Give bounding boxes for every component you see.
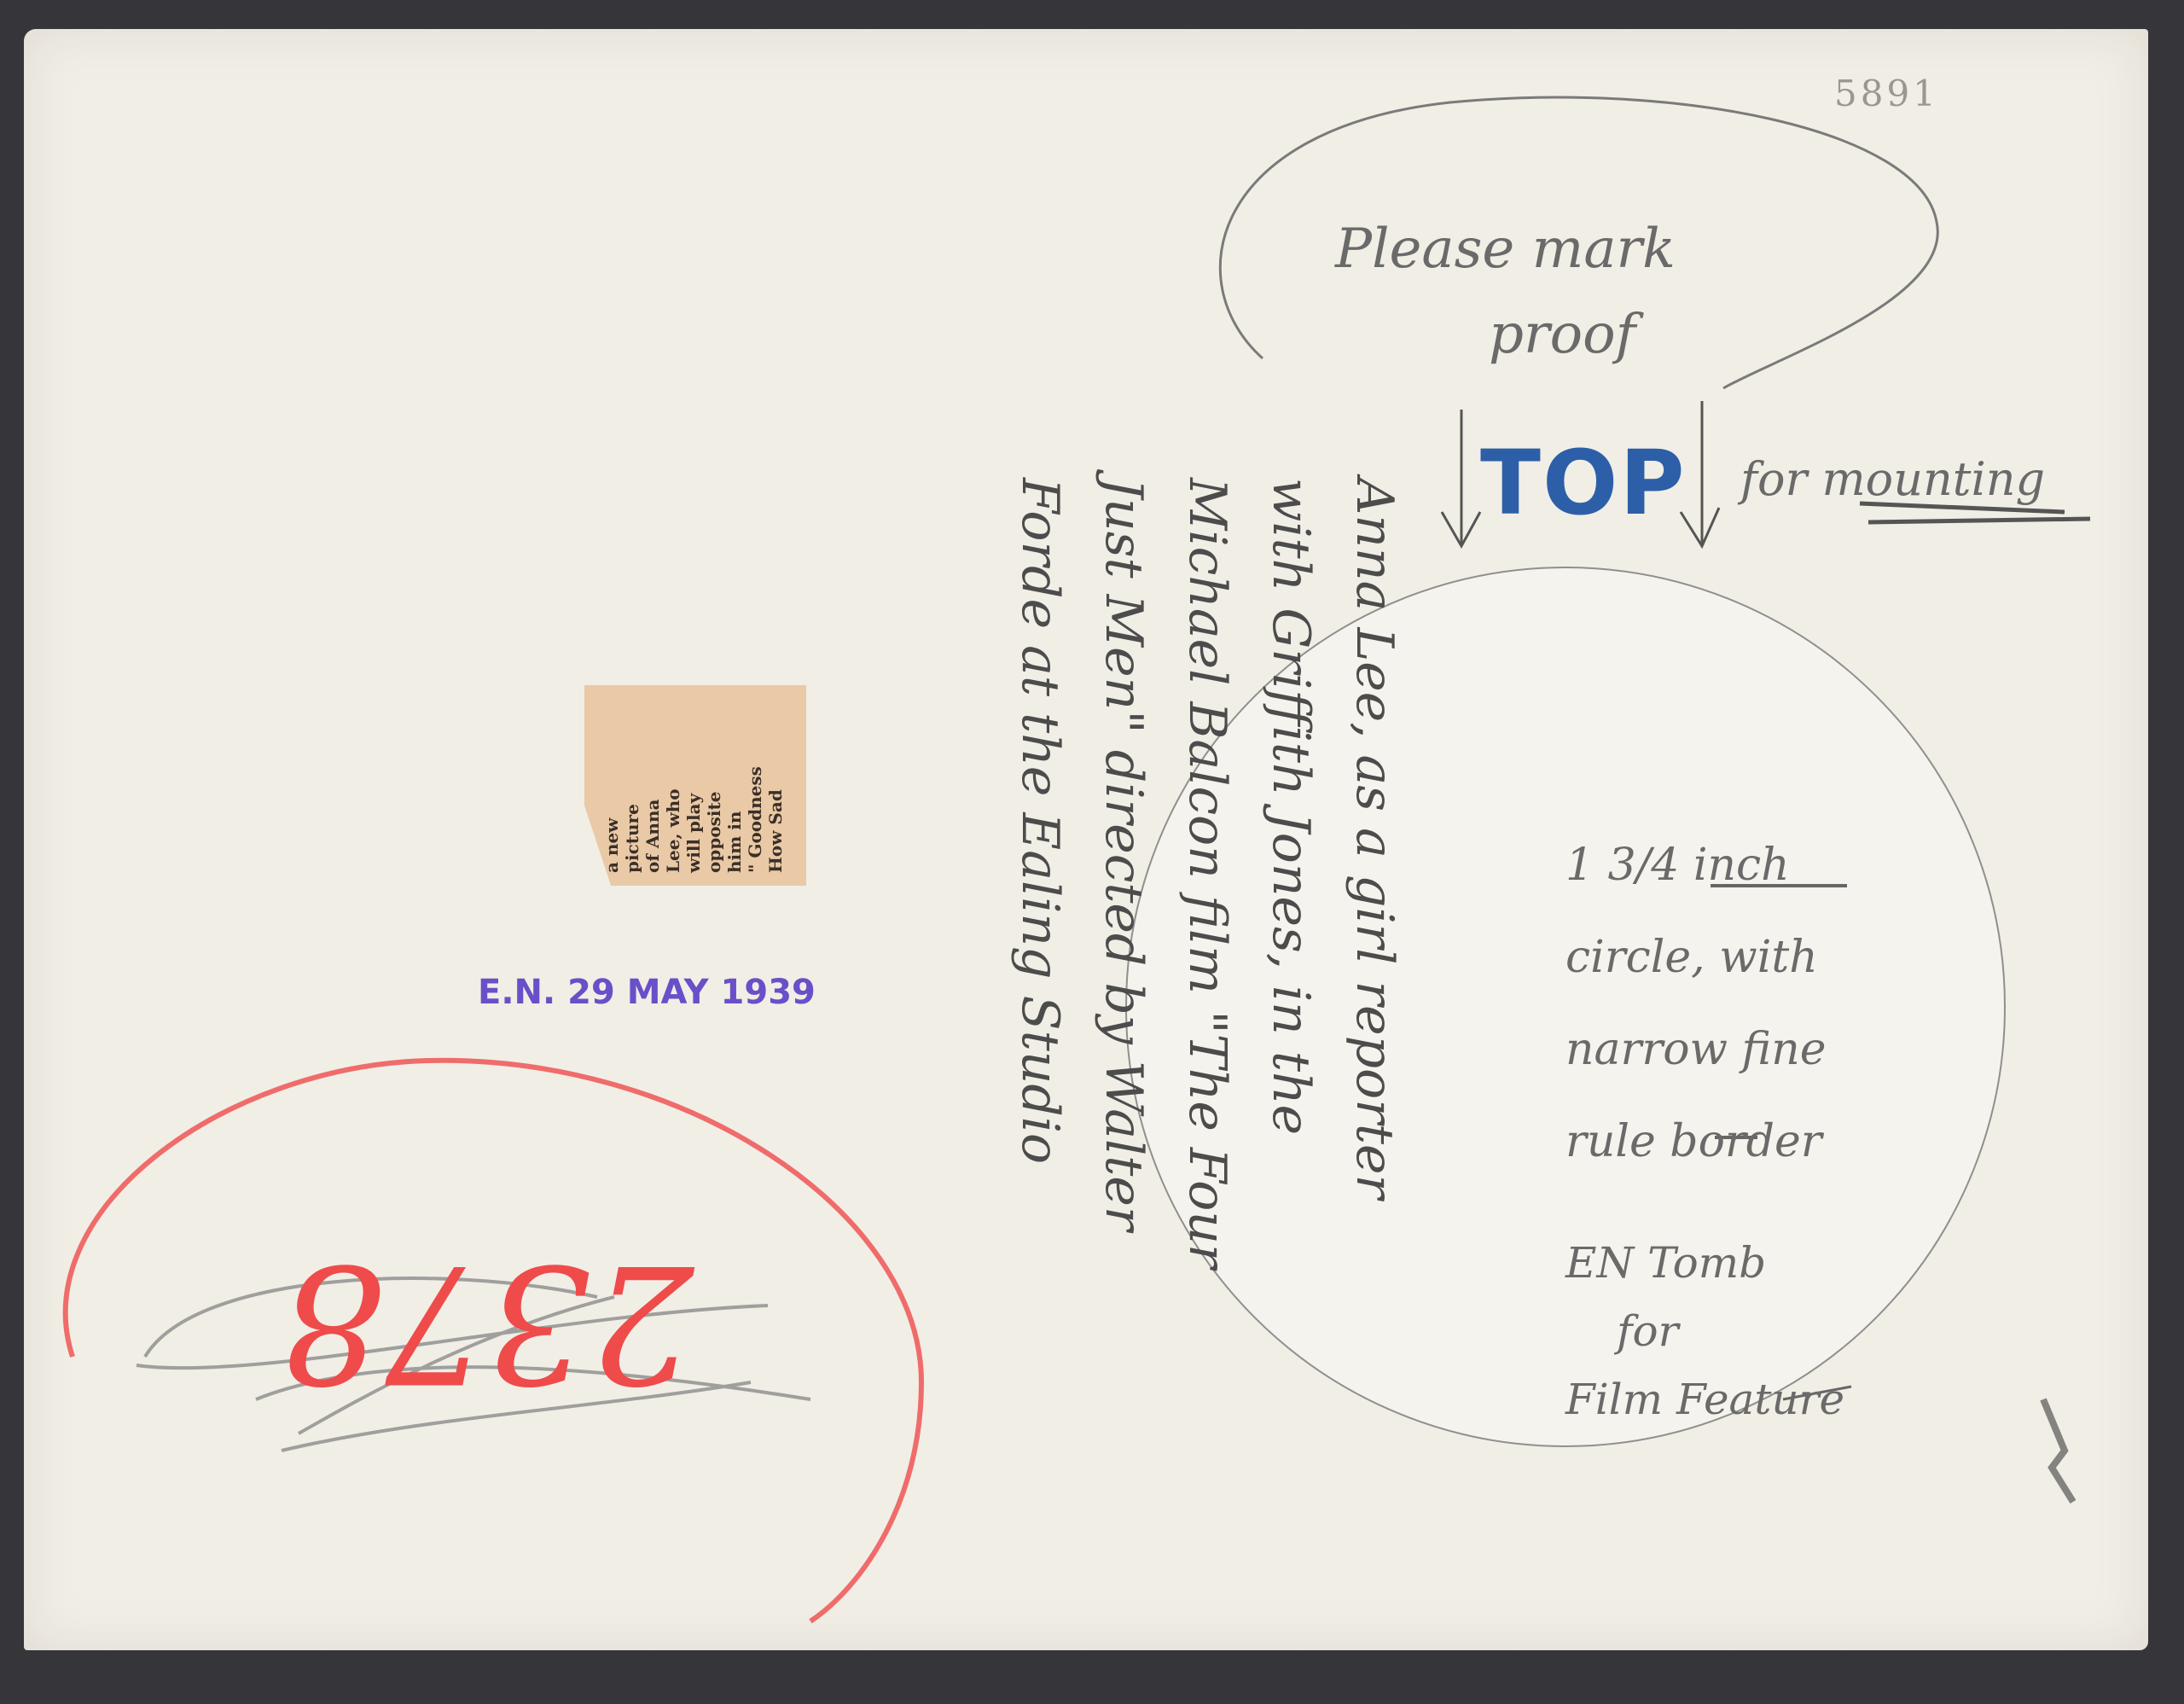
caption-line: Michael Balcon film "The Four (1165, 478, 1249, 1331)
instruction-line-2: proof (1489, 303, 1635, 366)
stock-number: 5891 (1834, 73, 1939, 114)
caption-line: Anna Lee, as a girl reporter (1333, 478, 1416, 1331)
caption-line: with Griffith Jones, in the (1249, 478, 1333, 1331)
date-stamp: E.N. 29 MAY 1939 (478, 973, 816, 1012)
mounting-note: for mounting (1740, 452, 2045, 506)
signoff: EN Tomb for Film Feature (1565, 1229, 1844, 1434)
instruction-line-1: Please mark (1335, 218, 1676, 281)
newspaper-clipping: a new picture of Anna Lee, who will play… (584, 685, 806, 886)
caption-line: Just Men" directed by Walter (1082, 478, 1165, 1331)
red-file-number: 2378 (282, 1229, 694, 1417)
caption-handwriting: Anna Lee, as a girl reporter with Griffi… (904, 478, 1416, 1331)
crop-instructions: 1 3/4 inch circle, with narrow fine rule… (1565, 819, 1827, 1188)
clipping-text: a new picture of Anna Lee, who will play… (601, 694, 786, 873)
caption-line: Forde at the Ealing Studio (998, 478, 1082, 1331)
top-orientation-label: TOP (1480, 431, 1687, 535)
